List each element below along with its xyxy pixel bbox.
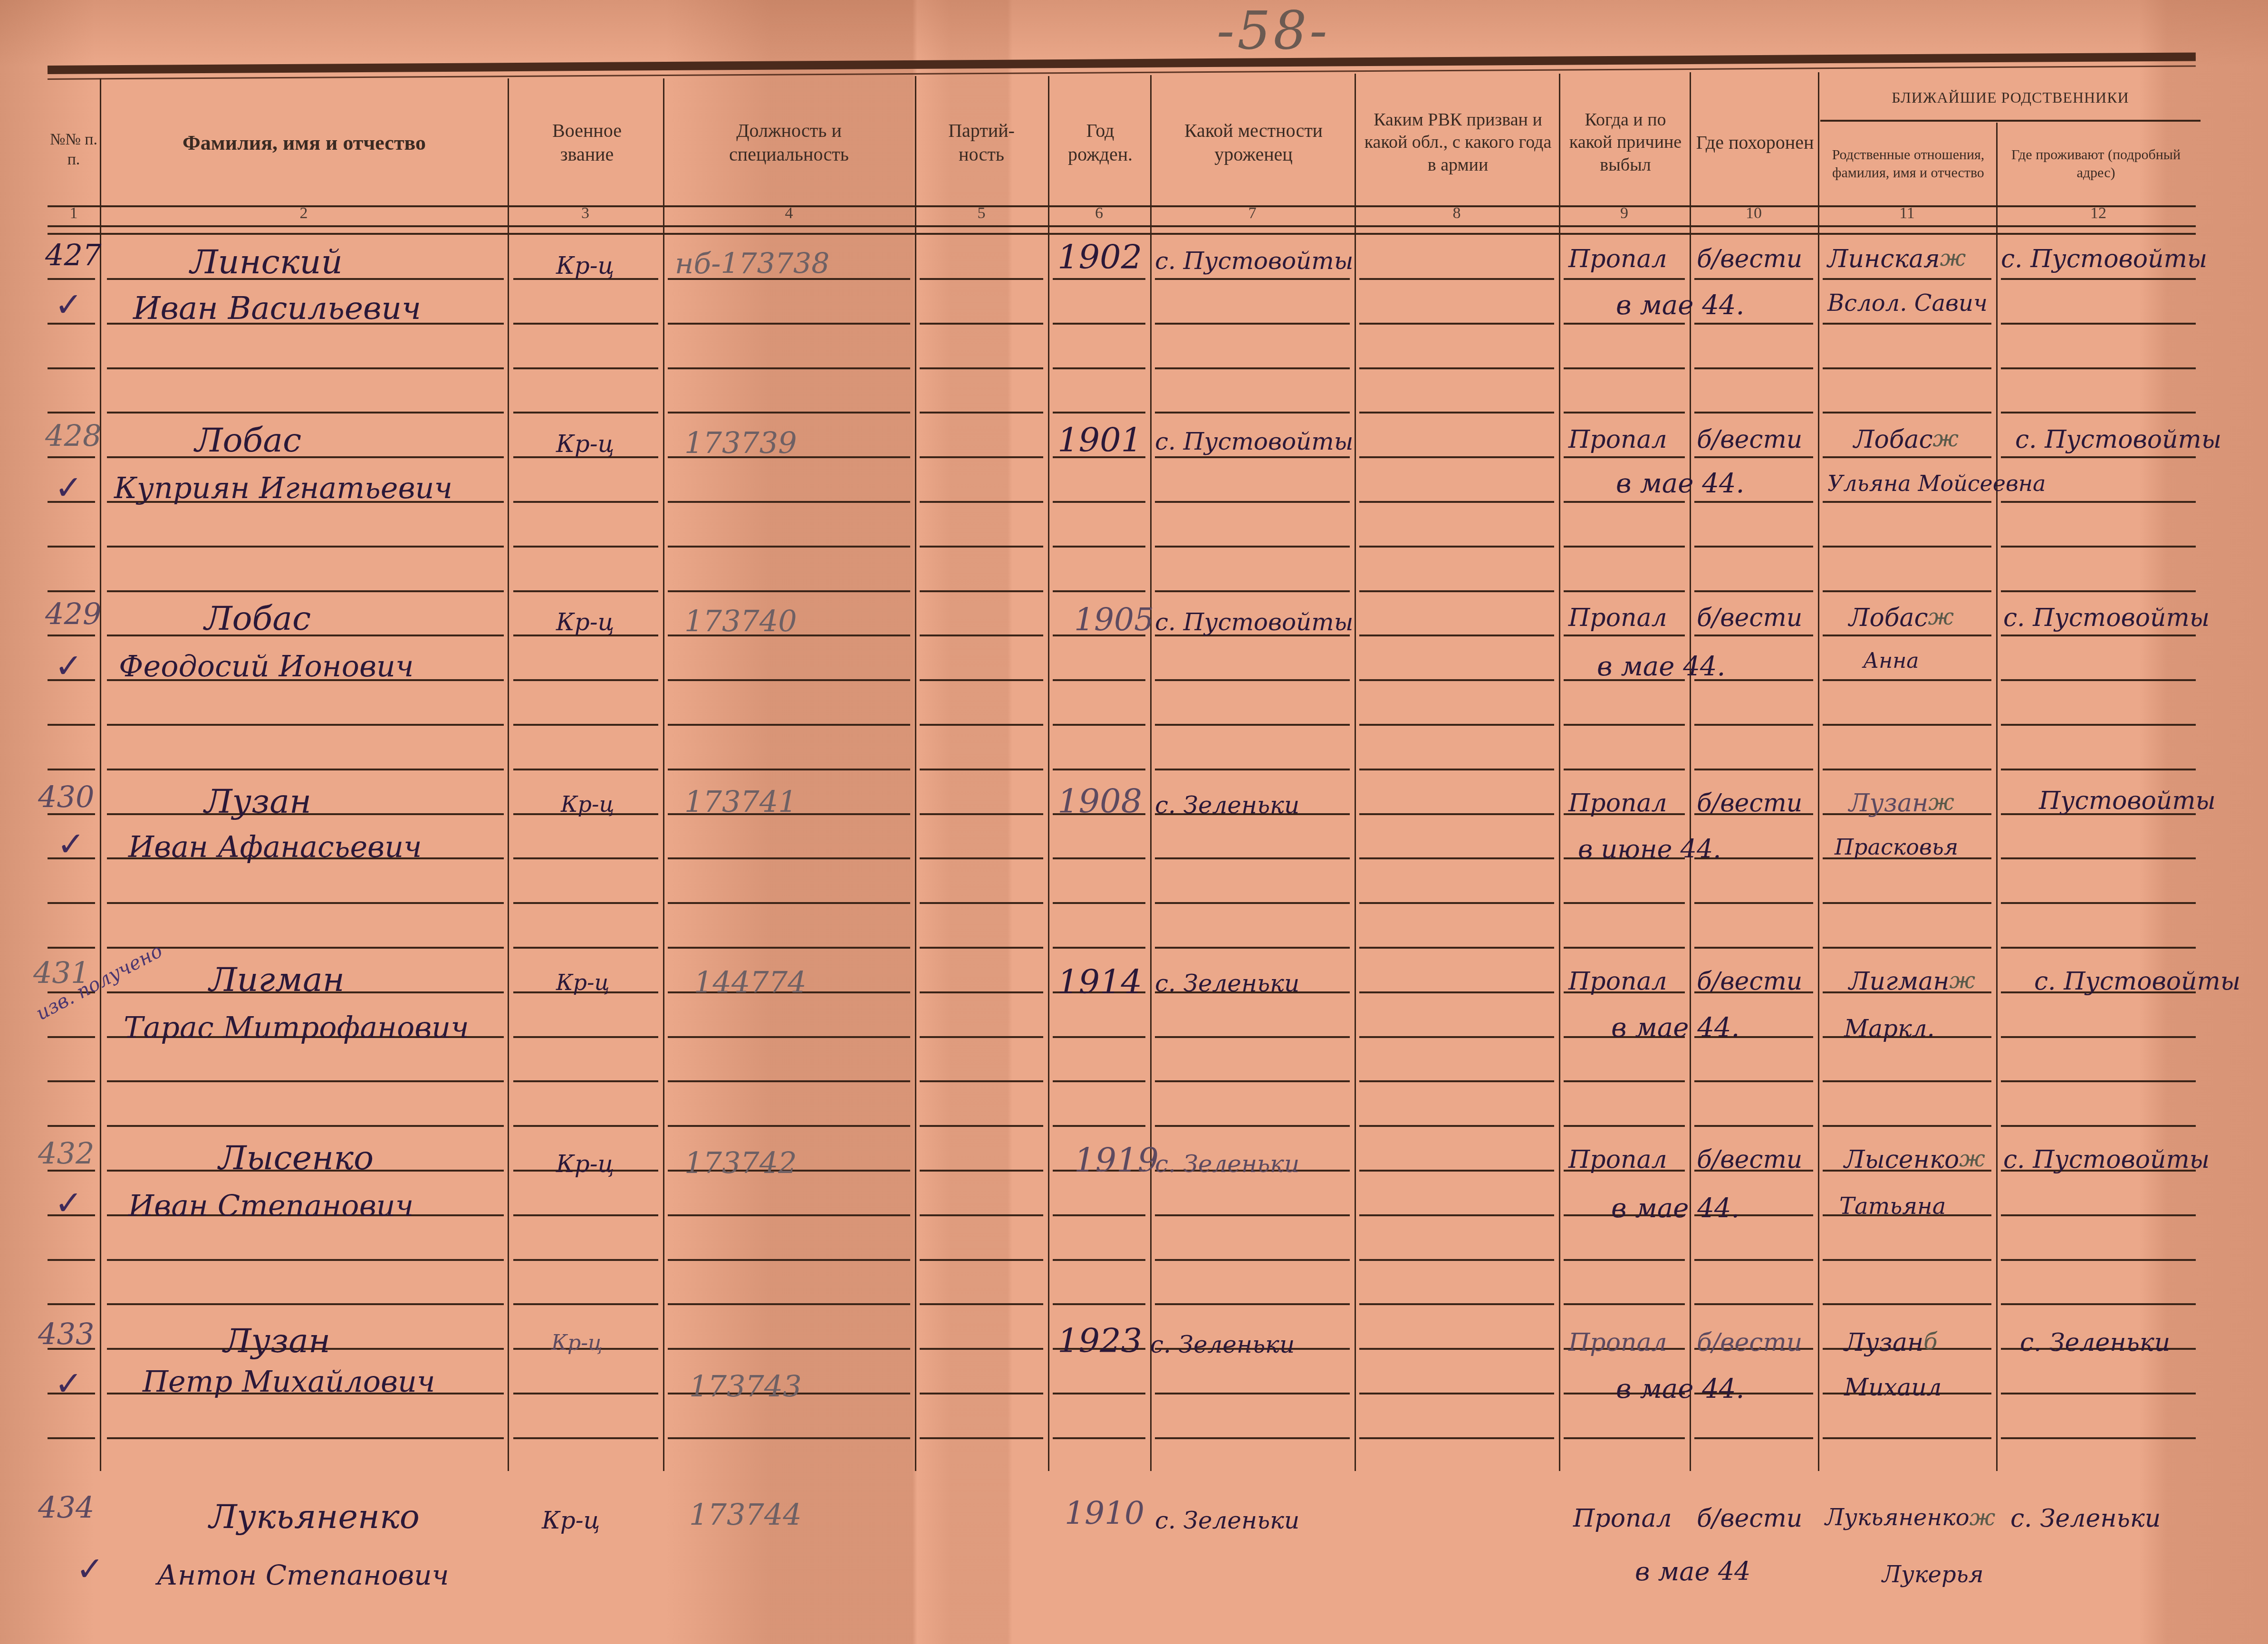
ruling-line xyxy=(107,902,504,904)
column-divider xyxy=(1355,74,1356,1471)
ruling-line xyxy=(48,635,95,636)
ruling-line xyxy=(1694,635,1813,636)
ruling-line xyxy=(668,546,910,548)
ruling-line xyxy=(1823,1080,1991,1082)
left-date: в мае 44. xyxy=(1616,1374,1744,1404)
ruling-line xyxy=(2001,1437,2196,1439)
position-number: 173739 xyxy=(684,425,797,460)
ruling-line xyxy=(1053,278,1145,280)
relative-name: Лигман xyxy=(1849,967,1950,996)
given-names: Феодосий Ионович xyxy=(119,649,414,683)
ruling-line xyxy=(1053,412,1145,413)
ruling-line xyxy=(1359,323,1554,325)
ruling-line xyxy=(920,456,1043,458)
column-number: 11 xyxy=(1818,204,1996,223)
address: Пустовойты xyxy=(2039,787,2216,815)
birth-year: 1902 xyxy=(1057,238,1142,277)
ruling-line xyxy=(1564,635,1685,636)
ruling-line xyxy=(920,1125,1043,1127)
ruling-line xyxy=(920,1080,1043,1082)
header-label: Какой местности уроженец xyxy=(1155,119,1352,166)
ruling-line xyxy=(1823,323,1991,325)
ruling-line xyxy=(1359,1437,1554,1439)
ruling-line xyxy=(1564,456,1685,458)
ruling-line xyxy=(107,590,504,592)
header-label: Родственные отношения, фамилия, имя и от… xyxy=(1823,146,1994,182)
ruling-line xyxy=(1694,1125,1813,1127)
ruling-line xyxy=(1694,323,1813,325)
ruling-line xyxy=(1053,1393,1145,1394)
ruling-line xyxy=(1359,724,1554,726)
ruling-line xyxy=(920,1393,1043,1394)
ruling-line xyxy=(1053,367,1145,369)
ruling-line xyxy=(1053,769,1145,770)
ruling-line xyxy=(1155,1259,1350,1261)
ruling-line xyxy=(1694,546,1813,548)
ruling-line xyxy=(1053,724,1145,726)
ruling-line xyxy=(1359,902,1554,904)
ruling-line xyxy=(513,1214,658,1216)
ruling-line xyxy=(48,590,95,592)
ruling-line xyxy=(1155,857,1350,859)
ruling-line xyxy=(920,1036,1043,1038)
left-reason: Пропал xyxy=(1568,789,1667,817)
ruling-line xyxy=(1359,456,1554,458)
birthplace: с. Пустовойты xyxy=(1155,608,1353,636)
ruling-line xyxy=(48,1080,95,1082)
given-names: Иван Степанович xyxy=(128,1188,413,1223)
ruling-line xyxy=(668,1214,910,1216)
left-reason: Пропал xyxy=(1568,967,1667,996)
ruling-line xyxy=(107,1259,504,1261)
burial-place: б/вести xyxy=(1697,789,1802,817)
ruling-line xyxy=(1053,501,1145,503)
ruling-line xyxy=(48,456,95,458)
address: с. Пустовойты xyxy=(2003,1145,2210,1174)
ruling-line xyxy=(48,1036,95,1038)
header-double-rule xyxy=(48,225,2196,235)
checkmark-icon: ✓ xyxy=(76,1549,104,1588)
ruling-line xyxy=(668,902,910,904)
ruling-line xyxy=(513,679,658,681)
relative-given: Анна xyxy=(1863,649,1919,673)
burial-place: б/вести xyxy=(1697,1145,1802,1174)
ruling-line xyxy=(2001,323,2196,325)
checkmark-icon: ✓ xyxy=(55,646,83,685)
ruling-line xyxy=(1359,1036,1554,1038)
given-names: Антон Степанович xyxy=(157,1559,449,1591)
ruling-line xyxy=(920,1303,1043,1305)
header-label: Где проживают (подробный адрес) xyxy=(2001,146,2191,182)
ruling-line xyxy=(107,1080,504,1082)
ruling-line xyxy=(1053,902,1145,904)
ruling-line xyxy=(513,1303,658,1305)
ruling-line xyxy=(1359,991,1554,993)
ruling-line xyxy=(920,1170,1043,1172)
ruling-line xyxy=(920,412,1043,413)
ruling-line xyxy=(1564,1259,1685,1261)
ruling-line xyxy=(668,1080,910,1082)
ruling-line xyxy=(920,323,1043,325)
header-label: Партий-ность xyxy=(932,119,1031,166)
column-divider xyxy=(915,76,916,1471)
ruling-line xyxy=(920,902,1043,904)
header-label: Должность и специальность xyxy=(684,119,894,166)
ruling-line xyxy=(1694,902,1813,904)
ruling-line xyxy=(1053,1303,1145,1305)
ruling-line xyxy=(1694,1080,1813,1082)
given-names: Иван Афанасьевич xyxy=(128,829,422,864)
column-divider xyxy=(1690,72,1691,1471)
surname: Лобас xyxy=(204,599,311,638)
ruling-line xyxy=(1155,412,1350,413)
ruling-line xyxy=(668,501,910,503)
ruling-line xyxy=(1155,323,1350,325)
ruling-line xyxy=(1564,1303,1685,1305)
ruling-line xyxy=(48,1437,95,1439)
ruling-line xyxy=(1359,278,1554,280)
ruling-line xyxy=(513,857,658,859)
header-col-2: Фамилия, имя и отчество xyxy=(102,81,506,204)
ruling-line xyxy=(1359,590,1554,592)
birth-year: 1908 xyxy=(1057,782,1142,821)
ruling-line xyxy=(1053,1214,1145,1216)
ruling-line xyxy=(668,947,910,949)
relative-given: Вслол. Савич xyxy=(1827,290,1988,317)
ruling-line xyxy=(1155,1125,1350,1127)
ruling-line xyxy=(1359,1170,1554,1172)
header-label: БЛИЖАЙШИЕ РОДСТВЕННИКИ xyxy=(1892,88,2129,107)
ruling-line xyxy=(668,724,910,726)
header-col-9: Когда и по какой причине выбыл xyxy=(1564,81,1687,204)
ruling-line xyxy=(1823,1303,1991,1305)
ruling-line xyxy=(513,1393,658,1394)
column-divider xyxy=(1818,72,1819,1471)
address: с. Пустовойты xyxy=(2001,245,2207,273)
ruling-line xyxy=(1694,278,1813,280)
ruling-line xyxy=(107,367,504,369)
header-label: Где похоронен xyxy=(1696,131,1814,154)
given-names: Петр Михайлович xyxy=(143,1364,435,1399)
ruling-line xyxy=(1359,1348,1554,1350)
left-reason: Пропал xyxy=(1568,425,1667,454)
surname: Лузан xyxy=(204,782,311,821)
ruling-line xyxy=(2001,635,2196,636)
given-names: Тарас Митрофанович xyxy=(124,1010,469,1045)
ruling-line xyxy=(1564,590,1685,592)
address: с. Зеленьки xyxy=(2010,1504,2161,1533)
relation-mark: ж xyxy=(1970,1504,1996,1531)
column-divider xyxy=(508,78,509,1471)
ruling-line xyxy=(1564,1080,1685,1082)
ruling-line xyxy=(668,1259,910,1261)
ruling-line xyxy=(668,679,910,681)
ruling-line xyxy=(920,1348,1043,1350)
relative-given: Татьяна xyxy=(1839,1193,1946,1220)
column-number: 7 xyxy=(1150,204,1355,223)
ruling-line xyxy=(1823,635,1991,636)
birth-year: 1910 xyxy=(1065,1495,1144,1531)
ruling-line xyxy=(1155,367,1350,369)
ruling-line xyxy=(1564,278,1685,280)
header-col-1: №№ п. п. xyxy=(48,95,100,204)
position-number: 173744 xyxy=(689,1497,802,1532)
ruling-line xyxy=(2001,857,2196,859)
ruling-line xyxy=(1359,769,1554,770)
relative-surname: Лузанж xyxy=(1849,789,1954,817)
left-date: в мае 44. xyxy=(1616,290,1744,321)
position-number: 173741 xyxy=(684,784,797,819)
ruling-line xyxy=(1694,590,1813,592)
ruling-line xyxy=(920,546,1043,548)
ruling-line xyxy=(1053,590,1145,592)
ruling-line xyxy=(668,1348,910,1350)
column-number: 10 xyxy=(1690,204,1818,223)
ruling-line xyxy=(2001,769,2196,770)
relative-surname: Лобасж xyxy=(1849,604,1954,632)
ruling-line xyxy=(1155,1393,1350,1394)
ruling-line xyxy=(107,546,504,548)
ruling-line xyxy=(1694,947,1813,949)
ruling-line xyxy=(48,278,95,280)
birth-year: 1914 xyxy=(1057,962,1142,1001)
ruling-line xyxy=(1053,857,1145,859)
ruling-line xyxy=(1359,857,1554,859)
ruling-line xyxy=(920,1214,1043,1216)
ruling-line xyxy=(1155,1036,1350,1038)
relation-mark: ж xyxy=(1933,425,1959,452)
ruling-line xyxy=(1359,679,1554,681)
relative-given: Прасковья xyxy=(1835,834,1958,860)
header-label: №№ п. п. xyxy=(48,130,100,170)
ruling-line xyxy=(1823,1259,1991,1261)
ruling-line xyxy=(1564,546,1685,548)
ruling-line xyxy=(513,367,658,369)
ruling-line xyxy=(513,947,658,949)
ruling-line xyxy=(107,1125,504,1127)
entry-number: 430 xyxy=(38,779,94,814)
relative-name: Лукьяненко xyxy=(1825,1504,1970,1531)
ruling-line xyxy=(1155,1080,1350,1082)
ruling-line xyxy=(1564,902,1685,904)
column-number: 1 xyxy=(48,204,100,223)
ruling-line xyxy=(1359,546,1554,548)
relation-mark: ж xyxy=(1940,245,1966,271)
header-col-8: Каким РВК призван и какой обл., с какого… xyxy=(1359,81,1557,204)
birth-year: 1905 xyxy=(1074,601,1154,638)
column-divider xyxy=(1150,75,1152,1471)
ruling-line xyxy=(107,412,504,413)
ruling-line xyxy=(1564,412,1685,413)
entry-number: 429 xyxy=(45,596,101,631)
rank: Кр-ц xyxy=(551,1331,603,1355)
ruling-line xyxy=(107,724,504,726)
ruling-line xyxy=(1155,590,1350,592)
ruling-line xyxy=(1359,412,1554,413)
surname: Лукьяненко xyxy=(209,1497,420,1536)
checkmark-icon: ✓ xyxy=(55,285,83,324)
relation-mark: ж xyxy=(1950,967,1976,994)
ruling-line xyxy=(1694,1303,1813,1305)
birthplace: с. Пустовойты xyxy=(1155,247,1353,275)
ruling-line xyxy=(668,367,910,369)
ruling-line xyxy=(1359,1125,1554,1127)
header-col-6: Год рожден. xyxy=(1053,81,1148,204)
ruling-line xyxy=(668,1303,910,1305)
header-relatives-group: БЛИЖАЙШИЕ РОДСТВЕННИКИ xyxy=(1823,78,2198,116)
ruling-line xyxy=(513,1259,658,1261)
ruling-line xyxy=(920,635,1043,636)
ruling-line xyxy=(1155,501,1350,503)
birth-year: 1901 xyxy=(1057,421,1142,460)
ruling-line xyxy=(1359,1214,1554,1216)
checkmark-icon: ✓ xyxy=(57,825,85,864)
column-divider xyxy=(1048,76,1049,1471)
ruling-line xyxy=(2001,1303,2196,1305)
relative-name: Линская xyxy=(1827,245,1940,273)
burial-place: б/вести xyxy=(1697,604,1802,632)
ruling-line xyxy=(1155,902,1350,904)
ruling-line xyxy=(48,412,95,413)
column-divider xyxy=(1996,123,1998,1471)
left-date: в мае 44 xyxy=(1635,1557,1750,1586)
ruling-line xyxy=(1694,1259,1813,1261)
ruling-line xyxy=(48,769,95,770)
ruling-line xyxy=(1359,367,1554,369)
ruling-line xyxy=(107,769,504,770)
ruling-line xyxy=(2001,546,2196,548)
ruling-line xyxy=(1155,724,1350,726)
relative-surname: Линскаяж xyxy=(1827,245,1966,273)
ruling-line xyxy=(1359,635,1554,636)
relative-surname: Лобасж xyxy=(1854,425,1959,454)
ruling-line xyxy=(1053,947,1145,949)
relative-name: Лобас xyxy=(1849,604,1928,632)
ruling-line xyxy=(513,1125,658,1127)
ruling-line xyxy=(2001,679,2196,681)
ruling-line xyxy=(513,590,658,592)
ruling-line xyxy=(513,1437,658,1439)
ruling-line xyxy=(48,546,95,548)
column-number: 2 xyxy=(100,204,508,223)
relative-surname: Лузанб xyxy=(1844,1328,1937,1357)
relation-mark: б xyxy=(1923,1328,1937,1355)
ruling-line xyxy=(513,769,658,770)
ruling-line xyxy=(1823,278,1991,280)
ruling-line xyxy=(1359,1080,1554,1082)
position-number: 173743 xyxy=(689,1369,802,1404)
given-names: Куприян Игнатьевич xyxy=(114,471,452,505)
relative-surname: Лысенкож xyxy=(1844,1145,1985,1174)
ruling-line xyxy=(107,947,504,949)
ruling-line xyxy=(2001,412,2196,413)
relative-name: Лузан xyxy=(1844,1328,1923,1357)
left-reason: Пропал xyxy=(1568,1145,1667,1174)
ruling-line xyxy=(1823,501,1991,503)
surname: Лобас xyxy=(195,421,301,460)
ruling-line xyxy=(920,679,1043,681)
ruling-line xyxy=(1359,947,1554,949)
header-col-11: Родственные отношения, фамилия, имя и от… xyxy=(1823,125,1994,203)
ruling-line xyxy=(2001,501,2196,503)
ruling-line xyxy=(1694,412,1813,413)
rank: Кр-ц xyxy=(556,252,615,279)
ruling-line xyxy=(1359,1259,1554,1261)
birthplace: с. Зеленьки xyxy=(1155,970,1299,997)
ruling-line xyxy=(920,991,1043,993)
ruling-line xyxy=(668,857,910,859)
ruling-line xyxy=(2001,590,2196,592)
position-number: нб-173738 xyxy=(675,247,829,280)
ruling-line xyxy=(668,412,910,413)
ruling-line xyxy=(1823,947,1991,949)
left-date: в мае 44. xyxy=(1611,1193,1739,1224)
header-col-4: Должность и специальность xyxy=(684,81,894,204)
ruling-line xyxy=(1823,456,1991,458)
birthplace: с. Зеленьки xyxy=(1155,791,1299,819)
ruling-line xyxy=(2001,902,2196,904)
ruling-line xyxy=(920,947,1043,949)
ruling-line xyxy=(513,412,658,413)
ruling-line xyxy=(1053,1036,1145,1038)
ruling-line xyxy=(2001,1214,2196,1216)
burial-place: б/вести xyxy=(1697,967,1802,996)
left-date: в июне 44. xyxy=(1578,834,1721,864)
column-number: 12 xyxy=(1996,204,2201,223)
ruling-line xyxy=(668,590,910,592)
relative-surname: Лукьяненкож xyxy=(1825,1504,1995,1531)
ruling-line xyxy=(1823,1437,1991,1439)
surname: Лузан xyxy=(223,1321,330,1360)
relative-name: Лысенко xyxy=(1844,1145,1959,1174)
entry-number: 432 xyxy=(38,1136,94,1171)
ruling-line xyxy=(1053,323,1145,325)
header-label: Каким РВК призван и какой обл., с какого… xyxy=(1359,109,1557,177)
ruling-line xyxy=(513,323,658,325)
relation-mark: ж xyxy=(1959,1145,1985,1172)
ruling-line xyxy=(2001,1036,2196,1038)
ruling-line xyxy=(920,724,1043,726)
relative-surname: Лигманж xyxy=(1849,967,1975,996)
position-number: 144774 xyxy=(694,965,807,1000)
column-number: 8 xyxy=(1355,204,1559,223)
ruling-line xyxy=(2001,278,2196,280)
ruling-line xyxy=(668,1036,910,1038)
ruling-line xyxy=(513,1036,658,1038)
ruling-line xyxy=(1823,769,1991,770)
rank: Кр-ц xyxy=(556,1150,615,1178)
ruling-line xyxy=(920,857,1043,859)
ruling-line xyxy=(920,278,1043,280)
left-reason: Пропал xyxy=(1568,604,1667,632)
ruling-line xyxy=(1694,501,1813,503)
ruling-line xyxy=(1694,456,1813,458)
ruling-line xyxy=(1155,1437,1350,1439)
address: с. Пустовойты xyxy=(2015,425,2221,454)
ruling-line xyxy=(1359,1393,1554,1394)
ruling-line xyxy=(1155,947,1350,949)
rank: Кр-ц xyxy=(561,791,615,817)
ruling-line xyxy=(48,1125,95,1127)
relative-given: Михаил xyxy=(1844,1374,1941,1401)
ruling-line xyxy=(2001,947,2196,949)
surname: Линский xyxy=(190,242,343,281)
relative-given: Маркл. xyxy=(1844,1015,1935,1042)
ruling-line xyxy=(920,813,1043,815)
ruling-line xyxy=(1823,902,1991,904)
ruling-line xyxy=(1564,947,1685,949)
entry-number: 434 xyxy=(38,1490,94,1525)
